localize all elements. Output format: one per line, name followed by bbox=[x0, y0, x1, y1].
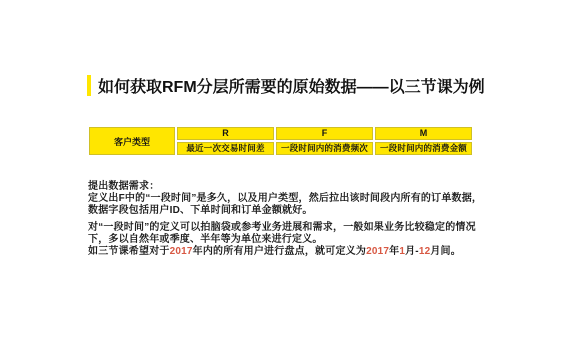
month-value: 12 bbox=[419, 246, 431, 257]
request-heading: 提出数据需求： bbox=[88, 181, 513, 193]
paragraph-time-definition: 对“一段时间”的定义可以拍脑袋或参考业务进展和需求，一般如果业务比较稳定的情况 … bbox=[88, 222, 513, 257]
presentation-slide: 如何获取RFM分层所需要的原始数据——以三节课为例 客户类型 R F M 最近一… bbox=[0, 0, 570, 360]
slide-title-block: 如何获取RFM分层所需要的原始数据——以三节课为例 bbox=[87, 74, 485, 97]
request-line-1: 定义出F中的“一段时间”是多久，以及用户类型，然后拉出该时间段内所有的订单数据， bbox=[88, 193, 513, 205]
text-segment: 、下单时间和订单金额就好。 bbox=[180, 205, 313, 216]
title-accent-bar bbox=[87, 75, 91, 96]
table-cell-letter-f: F bbox=[276, 127, 373, 140]
text-segment: 年 bbox=[389, 246, 399, 257]
text-segment: 月间。 bbox=[430, 246, 461, 257]
request-line-2: 数据字段包括用户ID、下单时间和订单金额就好。 bbox=[88, 205, 513, 217]
rfm-table: 客户类型 R F M 最近一次交易时间差 一段时间内的消费频次 一段时间内的消费… bbox=[87, 125, 474, 157]
text-segment: 定义出 bbox=[88, 193, 119, 204]
table-cell-desc-monetary: 一段时间内的消费金额 bbox=[375, 142, 472, 155]
table-cell-customer-type: 客户类型 bbox=[89, 127, 175, 155]
text-segment: 中的“一段时间”是多久，以及用户类型，然后拉出该时间段内所有的订单数据， bbox=[125, 193, 482, 204]
text-segment: 如三节课希望对于 bbox=[88, 246, 170, 257]
paragraph-data-request: 提出数据需求： 定义出F中的“一段时间”是多久，以及用户类型，然后拉出该时间段内… bbox=[88, 181, 513, 216]
text-segment: 数据字段包括用户 bbox=[88, 205, 170, 216]
year-value: 2017 bbox=[170, 246, 193, 257]
definition-line-1: 对“一段时间”的定义可以拍脑袋或参考业务进展和需求，一般如果业务比较稳定的情况 bbox=[88, 222, 513, 234]
table-cell-letter-r: R bbox=[177, 127, 274, 140]
definition-line-2: 下，多以自然年或季度、半年等为单位来进行定义。 bbox=[88, 234, 513, 246]
year-value: 2017 bbox=[366, 246, 389, 257]
text-segment: 月- bbox=[405, 246, 419, 257]
table-cell-desc-frequency: 一段时间内的消费频次 bbox=[276, 142, 373, 155]
table-row-letters: 客户类型 R F M bbox=[89, 127, 472, 140]
table-cell-desc-recency: 最近一次交易时间差 bbox=[177, 142, 274, 155]
definition-line-3: 如三节课希望对于2017年内的所有用户进行盘点，就可定义为2017年1月-12月… bbox=[88, 246, 513, 258]
text-segment-latin: ID bbox=[170, 205, 180, 216]
table-cell-letter-m: M bbox=[375, 127, 472, 140]
text-segment: 年内的所有用户进行盘点，就可定义为 bbox=[193, 246, 366, 257]
slide-title: 如何获取RFM分层所需要的原始数据——以三节课为例 bbox=[98, 74, 485, 97]
